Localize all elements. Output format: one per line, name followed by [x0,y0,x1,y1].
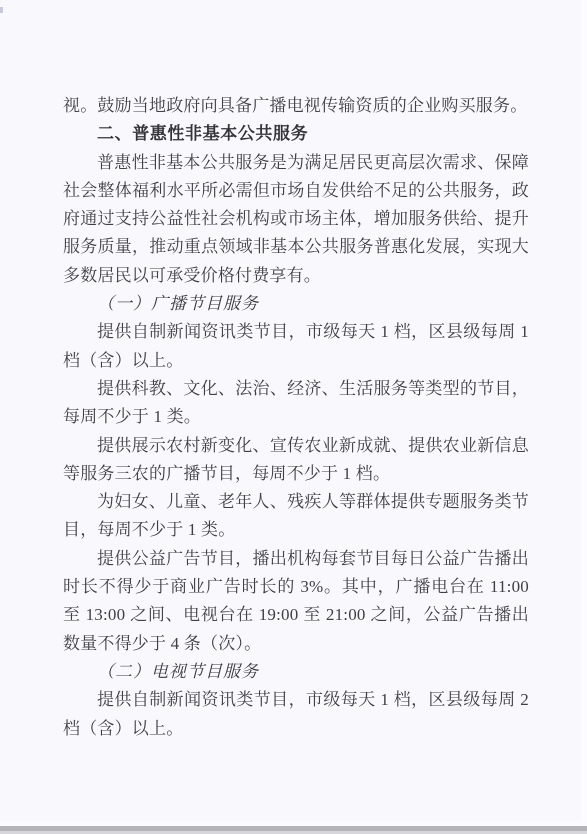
body-paragraph: 为妇女、儿童、老年人、残疾人等群体提供专题服务类节目，每周不少于 1 类。 [63,488,529,545]
body-paragraph: 提供公益广告节目，播出机构每套节目每日公益广告播出时长不得少于商业广告时长的 3… [63,545,529,658]
page-right-edge [581,0,587,826]
sub-heading-broadcast: （一）广播节目服务 [63,290,529,318]
body-paragraph: 提供科教、文化、法治、经济、生活服务等类型的节目，每周不少于 1 类。 [63,375,529,432]
sub-heading-television: （二）电视节目服务 [63,658,529,686]
body-paragraph: 提供自制新闻资讯类节目，市级每天 1 档，区县级每周 1 档（含）以上。 [63,318,529,375]
document-content: 视。鼓励当地政府向具备广播电视传输资质的企业购买服务。 二、普惠性非基本公共服务… [63,92,529,743]
body-paragraph: 提供展示农村新变化、宣传农业新成就、提供农业新信息等服务三农的广播节目，每周不少… [63,432,529,489]
body-paragraph: 普惠性非基本公共服务是为满足居民更高层次需求、保障社会整体福利水平所必需但市场自… [63,149,529,290]
document-page: 视。鼓励当地政府向具备广播电视传输资质的企业购买服务。 二、普惠性非基本公共服务… [0,0,587,834]
scan-artifact-mark [0,7,3,13]
section-heading: 二、普惠性非基本公共服务 [63,120,529,148]
body-paragraph: 提供自制新闻资讯类节目，市级每天 1 档，区县级每周 2 档（含）以上。 [63,686,529,743]
paragraph-continuation: 视。鼓励当地政府向具备广播电视传输资质的企业购买服务。 [63,92,529,120]
